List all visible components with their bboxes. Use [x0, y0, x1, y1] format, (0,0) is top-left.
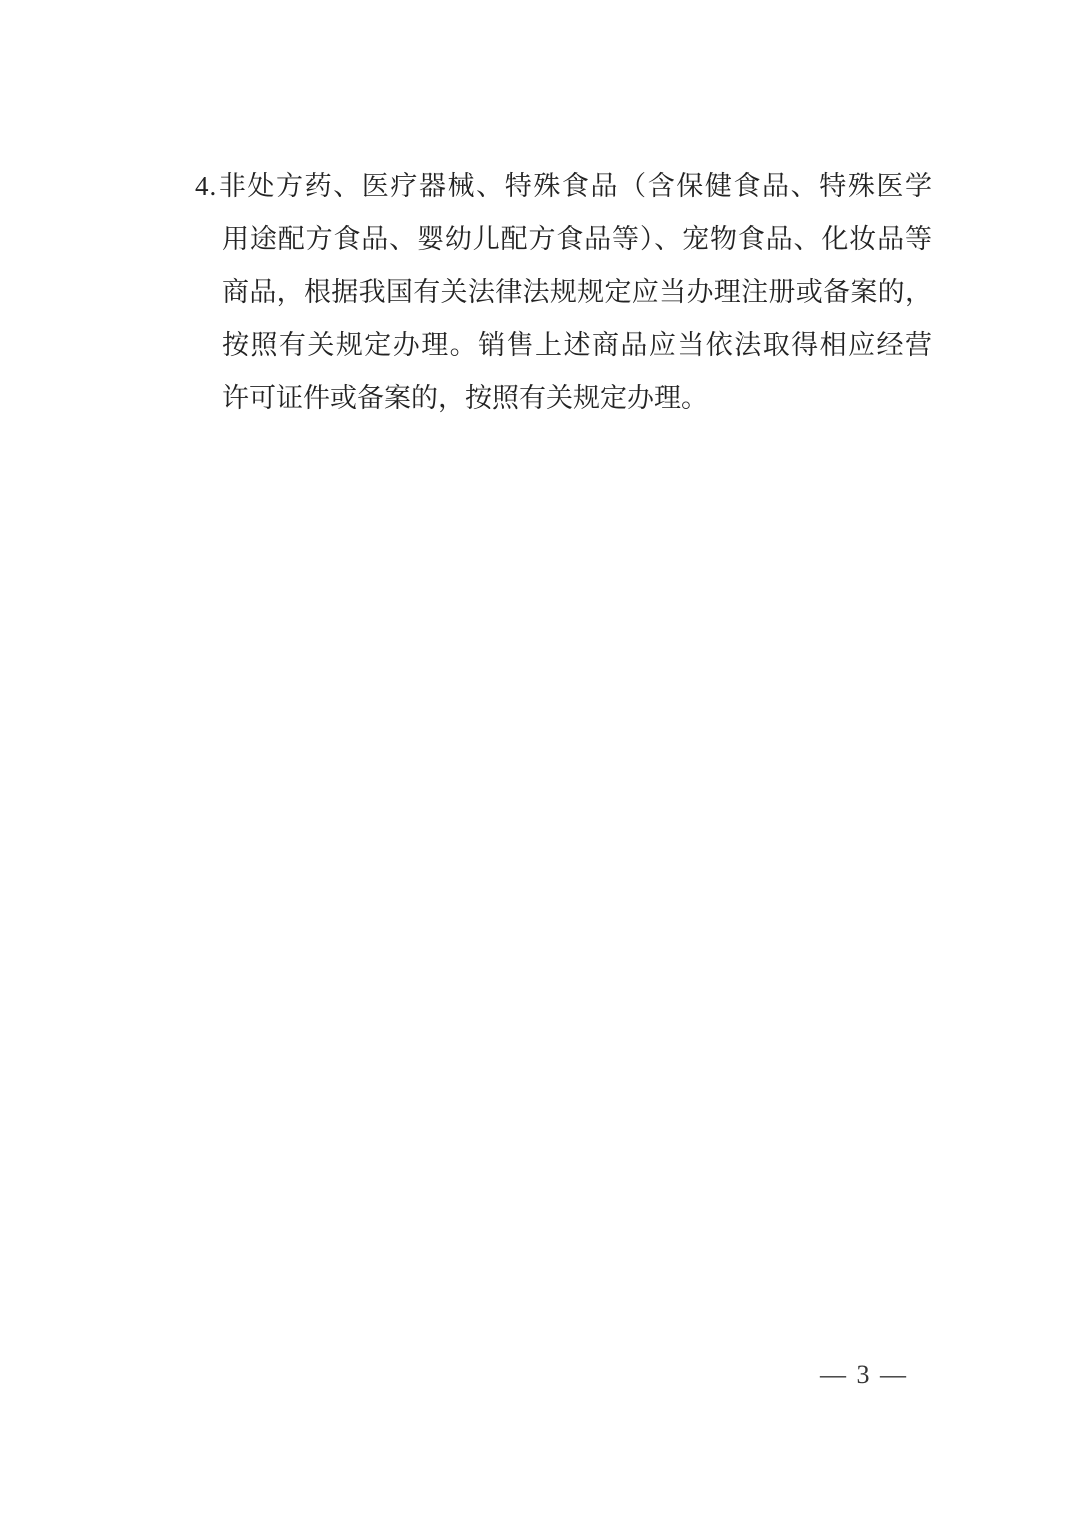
- paragraph-text-line-4: 按照有关规定办理。销售上述商品应当依法取得相应经营: [195, 319, 932, 372]
- paragraph-item-4: 4.非处方药、医疗器械、特殊食品（含保健食品、特殊医学 用途配方食品、婴幼儿配方…: [195, 160, 932, 425]
- paragraph-text-line-2: 用途配方食品、婴幼儿配方食品等）、宠物食品、化妆品等: [195, 213, 932, 266]
- paragraph-line: 4.非处方药、医疗器械、特殊食品（含保健食品、特殊医学: [195, 160, 932, 213]
- paragraph-text-line-3: 商品，根据我国有关法律法规规定应当办理注册或备案的，: [195, 266, 932, 319]
- paragraph-text-line-1: 非处方药、医疗器械、特殊食品（含保健食品、特殊医学: [217, 171, 932, 201]
- document-page: 4.非处方药、医疗器械、特殊食品（含保健食品、特殊医学 用途配方食品、婴幼儿配方…: [0, 0, 1080, 1527]
- page-number: — 3 —: [820, 1360, 908, 1390]
- paragraph-text-line-5: 许可证件或备案的，按照有关规定办理。: [195, 372, 932, 425]
- list-number: 4.: [195, 171, 217, 201]
